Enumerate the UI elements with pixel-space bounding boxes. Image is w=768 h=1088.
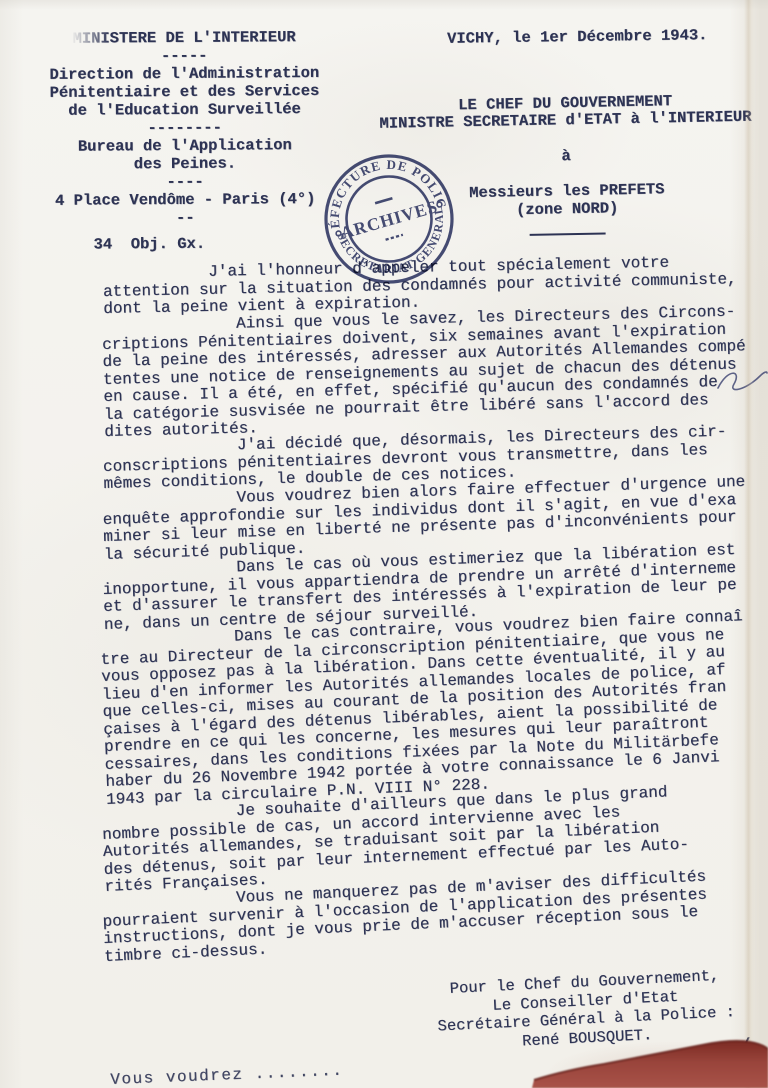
scanned-letter-page: MINISTERE DE L'INTERIEUR-----Direction d…: [0, 0, 768, 1088]
ink-fade-artifact: [60, 32, 110, 50]
sender-line: des Peines.: [29, 154, 341, 174]
underline-rule: [530, 232, 606, 235]
sender-address-block: MINISTERE DE L'INTERIEUR-----Direction d…: [28, 28, 342, 254]
paragraph: Dans le cas contraire, vous voudrez bien…: [99, 607, 768, 809]
sender-line: de l'Education Surveillée: [29, 100, 341, 120]
paragraph: Ainsi que vous le savez, les Directeurs …: [102, 302, 768, 441]
stamp-text-center: ARCHIVES: [338, 196, 440, 243]
sender-line: --: [29, 208, 341, 228]
sender-line: Bureau de l'Application: [29, 136, 341, 156]
stamp-top-dash: [375, 198, 392, 203]
stamp-bottom-dash: [386, 235, 403, 240]
paper-crease: [744, 0, 754, 1088]
red-corner-object: [526, 1028, 768, 1088]
cut-off-bottom-text: Vous voudrez ........: [110, 1062, 344, 1088]
pen-squiggle-mark: [716, 358, 768, 404]
sender-line: --------: [29, 118, 341, 138]
sender-line: Pénitentiaire et des Services: [28, 82, 340, 102]
sender-line: Direction de l'Administration: [28, 64, 340, 84]
reference-number: 34 Obj. Gx.: [29, 234, 341, 254]
dateline: VICHY, le 1er Décembre 1943.: [447, 26, 708, 48]
sender-line: ----: [29, 172, 341, 192]
sender-lines: MINISTERE DE L'INTERIEUR-----Direction d…: [28, 28, 341, 228]
letter-body: J'ai l'honneur d'appeler tout spécialeme…: [103, 266, 768, 966]
sender-line: 4 Place Vendôme - Paris (4°): [29, 190, 341, 210]
addressee-title-lines: LE CHEF DU GOUVERNEMENTMINISTRE SECRETAI…: [368, 91, 763, 133]
